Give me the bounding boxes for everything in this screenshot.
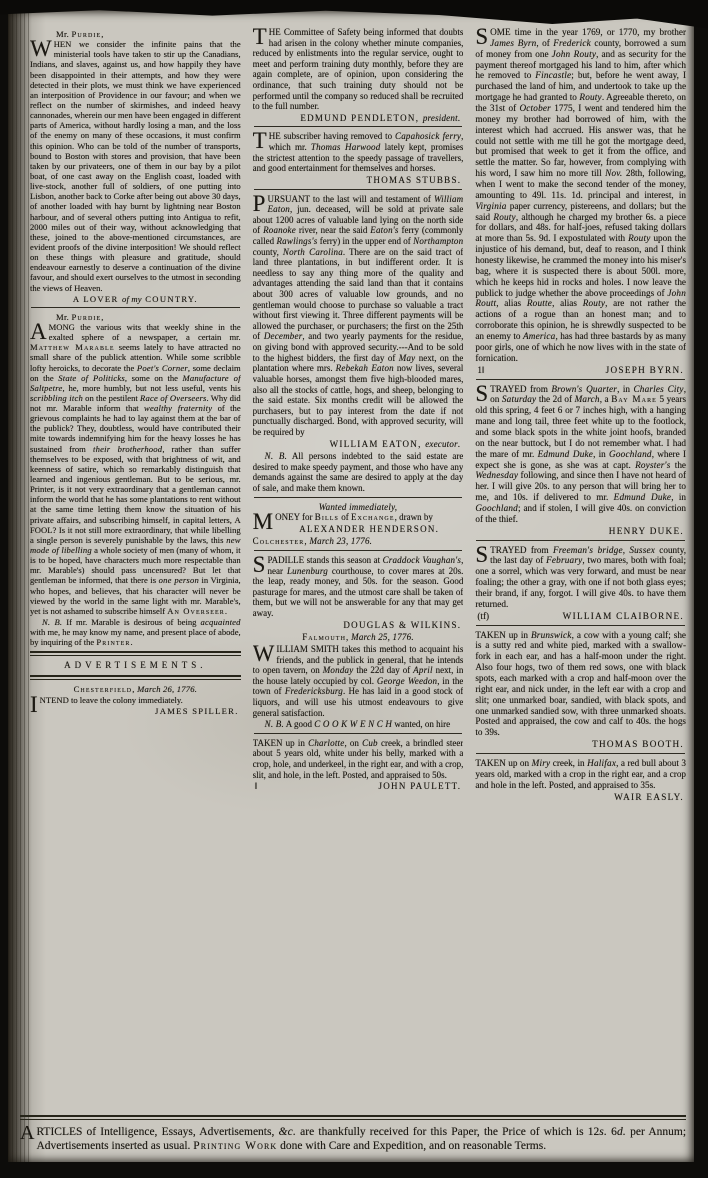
drop-cap-letter: S — [475, 384, 490, 402]
dateline: Colchester, March 23, 1776. — [253, 536, 464, 547]
paragraph-text: PADILLE stands this season at Craddock V… — [253, 555, 464, 618]
paragraph-text: TAKEN up in Charlotte, on Cub creek, a b… — [253, 738, 464, 780]
signer-name: WAIR EASLY. — [614, 792, 684, 803]
paragraph-text: TRAYED from Brown's Quarter, in Charles … — [475, 384, 686, 524]
paragraph-text: HE subscriber having removed to Capahosi… — [253, 131, 464, 173]
article-signature: HENRY DUKE. — [477, 526, 684, 537]
article-paragraph: INTEND to leave the colony immediately.J… — [30, 695, 241, 716]
section-double-rule — [30, 651, 241, 656]
article-paragraph: WILLIAM SMITH takes this method to acqua… — [253, 644, 464, 718]
article-paragraph: TAKEN up on Miry creek, in Halifax, a re… — [475, 758, 686, 802]
article-paragraph: N. B. A good C O O K W E N C H wanted, o… — [253, 719, 464, 730]
section-rule — [476, 540, 685, 541]
letter-salutation: Mr. Purdie, — [56, 312, 241, 322]
signer-name: WILLIAM EATON, executor. — [330, 439, 462, 450]
signer-name: THOMAS BOOTH. — [592, 739, 684, 750]
section-double-rule — [30, 675, 241, 680]
article-signature: THOMAS STUBBS. — [255, 175, 462, 186]
column-3: SOME time in the year 1769, or 1770, my … — [475, 27, 686, 1090]
drop-cap-letter: W — [253, 644, 277, 662]
article-paragraph: WHEN we consider the infinite pains that… — [30, 39, 241, 293]
article-signature: EDMUND PENDLETON, president. — [255, 113, 462, 124]
signature-line: A LOVER of my COUNTRY. — [30, 294, 241, 304]
drop-cap-letter: A — [30, 322, 49, 340]
page-footer: ARTICLES of Intelligence, Essays, Advert… — [20, 1111, 686, 1154]
paragraph-text: ONEY for Bills of Exchange, drawn by — [275, 512, 433, 522]
article-signature: WILLIAM EATON, executor. — [255, 439, 462, 450]
paragraph-text: NTEND to leave the colony immediately. — [40, 695, 183, 705]
signature-line: ALEXANDER HENDERSON. — [253, 524, 464, 535]
article-paragraph: N. B. All persons indebted to the said e… — [253, 451, 464, 493]
signature-mark: (tf) — [477, 611, 489, 622]
drop-cap-letter: S — [475, 27, 490, 45]
section-rule — [476, 625, 685, 626]
signer-name: JOHN PAULETT. — [378, 781, 461, 792]
signature-mark: 1‖ — [477, 365, 484, 376]
signer-name: JOSEPH BYRN. — [606, 365, 684, 376]
article-paragraph: SPADILLE stands this season at Craddock … — [253, 555, 464, 630]
paragraph-text: OME time in the year 1769, or 1770, my b… — [475, 27, 686, 363]
signature-mark: ‖ — [255, 781, 258, 792]
section-rule — [254, 497, 463, 498]
article-paragraph: STRAYED from Freeman's bridge, Sussex co… — [475, 545, 686, 622]
letter-salutation: Mr. Purdie, — [56, 29, 241, 39]
signer-name: WILLIAM CLAIBORNE. — [563, 611, 684, 622]
drop-cap-letter: W — [30, 39, 54, 57]
section-rule — [254, 550, 463, 551]
section-rule — [476, 753, 685, 754]
drop-cap-letter: S — [253, 555, 268, 573]
drop-cap-letter: M — [253, 512, 275, 530]
drop-cap-letter: S — [475, 545, 490, 563]
footer-notice-text: RTICLES of Intelligence, Essays, Adverti… — [36, 1126, 686, 1153]
article-signature: 1‖JOSEPH BYRN. — [477, 365, 684, 376]
newspaper-page: Mr. Purdie,WHEN we consider the infinite… — [8, 10, 694, 1162]
section-rule — [254, 126, 463, 127]
dateline: Chesterfield, March 26, 1776. — [30, 684, 241, 694]
signer-name: EDMUND PENDLETON, president. — [300, 113, 461, 124]
article-paragraph: PURSUANT to the last will and testament … — [253, 194, 464, 450]
drop-cap-letter: T — [253, 131, 269, 149]
columns-container: Mr. Purdie,WHEN we consider the infinite… — [30, 27, 686, 1090]
binding-shadow — [8, 10, 32, 1162]
paragraph-text: TRAYED from Freeman's bridge, Sussex cou… — [475, 545, 686, 609]
paragraph-text: TAKEN up on Miry creek, in Halifax, a re… — [475, 758, 686, 790]
paragraph-text: TAKEN up in Brunswick, a cow with a youn… — [475, 630, 686, 738]
section-rule — [254, 189, 463, 190]
paragraph-text: N. B. A good C O O K W E N C H wanted, o… — [265, 719, 450, 729]
article-paragraph: AMONG the various wits that weekly shine… — [30, 322, 241, 616]
paragraph-text: HEN we consider the infinite pains that … — [30, 39, 241, 292]
article-paragraph: TAKEN up in Charlotte, on Cub creek, a b… — [253, 738, 464, 792]
footer-drop-cap-letter: A — [20, 1125, 36, 1141]
article-paragraph: TAKEN up in Brunswick, a cow with a youn… — [475, 630, 686, 750]
paragraph-text: N. B. All persons indebted to the said e… — [253, 451, 464, 493]
article-paragraph: THE Committee of Safety being informed t… — [253, 27, 464, 123]
paragraph-text: URSUANT to the last will and testament o… — [253, 194, 464, 437]
article-paragraph: N. B. If mr. Marable is desirous of bein… — [30, 617, 241, 647]
drop-cap-letter: I — [30, 695, 40, 713]
section-rule — [254, 733, 463, 734]
drop-cap-letter: P — [253, 194, 268, 212]
newspaper-scan: Mr. Purdie,WHEN we consider the infinite… — [0, 0, 708, 1178]
signer-name: JAMES SPILLER. — [155, 706, 239, 716]
article-paragraph: SOME time in the year 1769, or 1770, my … — [475, 27, 686, 376]
printer-notice: ARTICLES of Intelligence, Essays, Advert… — [20, 1125, 686, 1154]
section-rule — [31, 307, 240, 308]
footer-double-rule — [20, 1115, 686, 1120]
article-signature: DOUGLAS & WILKINS. — [255, 620, 462, 631]
advertisements-heading: ADVERTISEMENTS. — [30, 660, 241, 671]
article-signature: WAIR EASLY. — [477, 792, 684, 803]
article-paragraph: MONEY for Bills of Exchange, drawn by — [253, 512, 464, 523]
paragraph-text: HE Committee of Safety being informed th… — [253, 27, 464, 111]
signer-name: THOMAS STUBBS. — [367, 175, 462, 186]
section-rule — [476, 379, 685, 380]
paragraph-text: ILLIAM SMITH takes this method to acquai… — [253, 644, 464, 718]
article-signature: (tf)WILLIAM CLAIBORNE. — [477, 611, 684, 622]
drop-cap-letter: T — [253, 27, 269, 45]
article-paragraph: THE subscriber having removed to Capahos… — [253, 131, 464, 185]
article-paragraph: STRAYED from Brown's Quarter, in Charles… — [475, 384, 686, 537]
article-signature: ‖JOHN PAULETT. — [255, 781, 462, 792]
paragraph-text: MONG the various wits that weekly shine … — [30, 322, 241, 616]
column-2: THE Committee of Safety being informed t… — [253, 27, 464, 1090]
signer-name: DOUGLAS & WILKINS. — [343, 620, 461, 631]
article-signature: JAMES SPILLER. — [40, 706, 239, 716]
article-signature: THOMAS BOOTH. — [477, 739, 684, 750]
wanted-line: Wanted immediately, — [253, 502, 464, 513]
signer-name: HENRY DUKE. — [609, 526, 684, 537]
paragraph-text: N. B. If mr. Marable is desirous of bein… — [30, 617, 241, 647]
column-1: Mr. Purdie,WHEN we consider the infinite… — [30, 27, 241, 1090]
dateline: Falmouth, March 25, 1776. — [253, 632, 464, 643]
